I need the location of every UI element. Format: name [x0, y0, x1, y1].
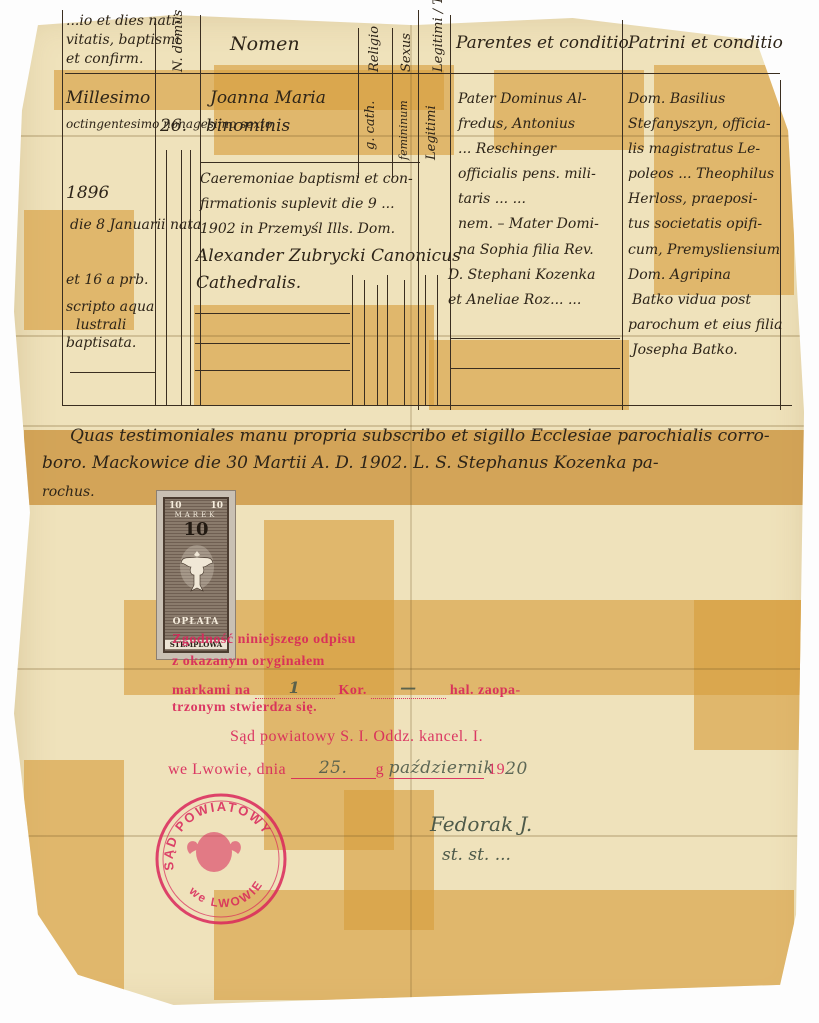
- entry-date-line: Millesimo: [66, 90, 150, 107]
- entry-parents: na Sophia filia Rev.: [458, 243, 594, 257]
- entry-ceremonies: Cathedralis.: [196, 275, 301, 292]
- date-day: 25.: [291, 758, 376, 779]
- stamp-corner-value: 10: [169, 501, 182, 511]
- court-stamp-line3: markami na 1 Kor. — hal. zaopa-: [172, 678, 521, 699]
- eagle-icon: [179, 545, 215, 595]
- entry-godparents: Stefanyszyn, officia-: [628, 117, 771, 131]
- entry-sex: femininum: [398, 100, 409, 160]
- entry-ceremonies: Alexander Zubrycki Canonicus: [196, 248, 461, 265]
- kor-value: 1: [255, 678, 335, 699]
- entry-godparents: Dom. Basilius: [628, 92, 725, 106]
- place-prefix: we Lwowie, dnia: [168, 761, 286, 778]
- date-year-printed: 19: [488, 761, 505, 778]
- entry-godparents: Dom. Agripina: [628, 268, 731, 282]
- eagle-icon: [187, 832, 241, 872]
- court-date-line: we Lwowie, dnia 25.g październik 1920: [168, 758, 528, 779]
- header-sex: Sexus: [400, 33, 413, 72]
- entry-house-no: 26.: [160, 118, 187, 135]
- entry-parents: taris ... ...: [458, 192, 526, 206]
- stamp-denomination: 10: [165, 519, 227, 540]
- entry-parents: Pater Dominus Al-: [458, 92, 587, 106]
- entry-date-line: lustrali: [76, 318, 126, 332]
- entry-name: binominis: [206, 118, 290, 135]
- fold-line: [14, 835, 812, 837]
- entry-name: Joanna Maria: [210, 90, 326, 107]
- entry-parents: fredus, Antonius: [458, 117, 575, 131]
- entry-godparents: Herloss, praeposi-: [628, 192, 757, 206]
- entry-godparents: poleos ... Theophilus: [628, 167, 774, 181]
- header-parents: Parentes et conditio: [456, 35, 629, 52]
- entry-godparents: parochum et eius filia: [628, 318, 782, 332]
- entry-godparents: cum, Premysliensium: [628, 243, 780, 257]
- entry-parents: D. Stephani Kozenka: [448, 268, 595, 282]
- header-house-no: N. domus: [172, 10, 185, 72]
- tape-strip: [694, 600, 804, 750]
- header-date-line3: et confirm.: [66, 52, 143, 66]
- date-month: październik: [389, 758, 484, 779]
- entry-godparents: tus societatis opifi-: [628, 217, 762, 231]
- fold-line: [14, 668, 812, 670]
- tape-strip: [214, 890, 794, 1000]
- court-stamp-line1: Zgodność niniejszego odpisu: [172, 632, 356, 648]
- hal-value: —: [371, 678, 446, 699]
- header-date-line1: ...io et dies nati-: [66, 14, 181, 28]
- hal-label: hal. zaopa-: [450, 683, 521, 698]
- court-seal: SĄD POWIATOWY we LWOWIE: [152, 790, 290, 928]
- stamp-currency: MAREK: [165, 511, 227, 519]
- seal-bottom-text: we LWOWIE: [186, 877, 266, 910]
- tape-strip: [24, 760, 124, 990]
- attestation-line: rochus.: [42, 485, 95, 499]
- entry-godparents: Batko vidua post: [632, 293, 751, 307]
- entry-parents: et Aneliae Roz... ...: [448, 293, 581, 307]
- header-godparents: Patrini et conditio: [628, 35, 783, 52]
- court-stamp-line4: trzonym stwierdza się.: [172, 700, 317, 716]
- signature-line2: st. st. ...: [442, 845, 511, 865]
- entry-parents: nem. – Mater Domi-: [458, 217, 599, 231]
- entry-religion: g. cath.: [364, 101, 377, 150]
- tape-strip: [344, 790, 434, 930]
- entry-legitimacy: Legitimi: [425, 105, 438, 160]
- header-legitimacy: Legitimi / Thori: [432, 0, 445, 72]
- entry-ceremonies: firmationis suplevit die 9 ...: [200, 197, 395, 211]
- entry-date-line: 1896: [66, 185, 109, 202]
- entry-ceremonies: Caeremoniae baptismi et con-: [200, 172, 413, 186]
- svg-text:we LWOWIE: we LWOWIE: [186, 877, 266, 910]
- header-name: Nomen: [230, 35, 300, 54]
- stamp-line1: OPŁATA: [165, 617, 227, 627]
- attestation-line: Quas testimoniales manu propria subscrib…: [70, 428, 770, 445]
- entry-godparents: Josepha Batko.: [632, 343, 738, 357]
- entry-parents: officialis pens. mili-: [458, 167, 596, 181]
- entry-godparents: lis magistratus Le-: [628, 142, 760, 156]
- entry-ceremonies: 1902 in Przemyśl Ills. Dom.: [200, 222, 395, 236]
- entry-parents: ... Reschinger: [458, 142, 556, 156]
- date-year-handwritten: 20: [505, 759, 528, 779]
- court-office: Sąd powiatowy S. I. Oddz. kancel. I.: [230, 728, 483, 746]
- entry-date-line: die 8 Januarii nata: [70, 218, 201, 232]
- entry-date-line: scripto aqua: [66, 300, 154, 314]
- header-religion: Religio: [368, 26, 381, 72]
- attestation-line: boro. Mackowice die 30 Martii A. D. 1902…: [42, 455, 659, 472]
- court-stamp-line2: z okazanym oryginałem: [172, 654, 325, 670]
- signature-line1: Fedorak J.: [430, 812, 532, 836]
- entry-date-line: et 16 a prb.: [66, 273, 149, 287]
- entry-date-line: baptisata.: [66, 336, 136, 350]
- kor-label: Kor.: [339, 683, 367, 698]
- stamp-corner-value: 10: [210, 501, 223, 511]
- court-stamp-markami: markami na: [172, 683, 251, 698]
- header-date-line2: vitatis, baptismi: [66, 33, 180, 47]
